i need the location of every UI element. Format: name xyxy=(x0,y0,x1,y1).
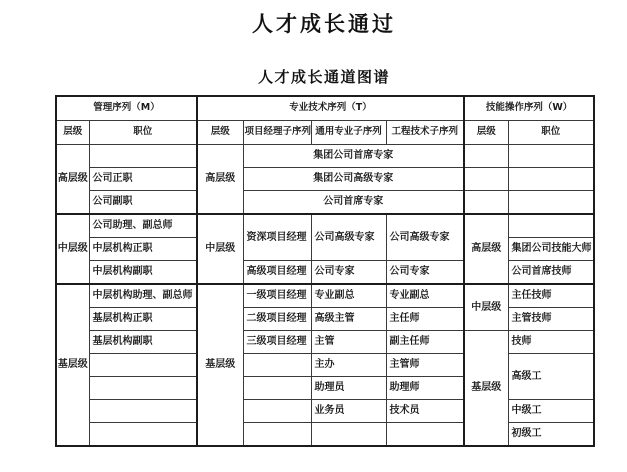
header-group-row: 管理序列（M） 专业技术序列（T） 技能操作序列（W） xyxy=(56,96,594,121)
cell-w-post: 主管技师 xyxy=(508,308,594,331)
cell-t-pm-empty xyxy=(243,377,311,400)
table-row: 中层级 公司助理、副总师 中层级 资深项目经理 公司高级专家 公司高级专家 高层… xyxy=(56,214,594,238)
cell-w-level-high: 高层级 xyxy=(464,214,508,284)
table-row: 基层级 中层机构助理、副总师 基层级 一级项目经理 专业副总 专业副总 中层级 … xyxy=(56,284,594,308)
cell-t-engineering: 主任师 xyxy=(386,308,464,331)
cell-w-post-empty xyxy=(508,191,594,215)
cell-t-general-empty xyxy=(311,423,386,447)
cell-t-engineering: 公司专家 xyxy=(386,261,464,285)
page-title: 人才成长通过 xyxy=(55,8,593,38)
cell-m-post: 中层机构助理、副总师 xyxy=(89,284,197,308)
cell-t-general: 公司高级专家 xyxy=(311,214,386,261)
header-m-level: 层级 xyxy=(56,121,89,145)
cell-t-general: 业务员 xyxy=(311,400,386,423)
cell-t-general: 高级主管 xyxy=(311,308,386,331)
cell-m-post: 基层机构副职 xyxy=(89,331,197,354)
header-w-post: 职位 xyxy=(508,121,594,145)
table-row: 初级工 xyxy=(56,423,594,447)
cell-m-level-middle: 中层级 xyxy=(56,214,89,284)
header-t-general: 通用专业子序列 xyxy=(311,121,386,145)
cell-m-post-empty xyxy=(89,145,197,168)
cell-m-post-empty xyxy=(89,377,197,400)
cell-t-engineering: 技术员 xyxy=(386,400,464,423)
cell-t-general: 助理员 xyxy=(311,377,386,400)
table-row: 中层机构副职 高级项目经理 公司专家 公司专家 公司首席技师 xyxy=(56,261,594,285)
table-row: 基层机构正职 二级项目经理 高级主管 主任师 主管技师 xyxy=(56,308,594,331)
cell-w-post-empty xyxy=(508,145,594,168)
cell-m-post-empty xyxy=(89,423,197,447)
cell-w-post: 集团公司技能大师 xyxy=(508,238,594,261)
cell-m-post: 中层机构正职 xyxy=(89,238,197,261)
document-page: 人才成长通过 人才成长通道图谱 管理序列（M） 专业技术序列（T） 技能操作序列… xyxy=(0,0,627,472)
cell-w-post-empty xyxy=(508,168,594,191)
cell-t-expert: 公司首席专家 xyxy=(243,191,464,215)
header-w-level: 层级 xyxy=(464,121,508,145)
cell-m-level-base: 基层级 xyxy=(56,284,89,446)
header-group-technical: 专业技术序列（T） xyxy=(197,96,464,121)
cell-t-expert: 集团公司高级专家 xyxy=(243,168,464,191)
cell-m-level-high: 高层级 xyxy=(56,145,89,215)
cell-t-general: 专业副总 xyxy=(311,284,386,308)
cell-t-level-middle: 中层级 xyxy=(197,214,243,284)
cell-t-expert: 集团公司首席专家 xyxy=(243,145,464,168)
cell-t-pm: 二级项目经理 xyxy=(243,308,311,331)
header-group-management: 管理序列（M） xyxy=(56,96,197,121)
cell-t-pm: 资深项目经理 xyxy=(243,214,311,261)
header-m-post: 职位 xyxy=(89,121,197,145)
table-row: 基层机构副职 三级项目经理 主管 副主任师 基层级 技师 xyxy=(56,331,594,354)
cell-w-post: 初级工 xyxy=(508,423,594,447)
cell-m-post: 公司助理、副总师 xyxy=(89,214,197,238)
cell-w-post: 中级工 xyxy=(508,400,594,423)
cell-t-engineering: 主管师 xyxy=(386,354,464,377)
cell-t-engineering: 公司高级专家 xyxy=(386,214,464,261)
cell-m-post: 公司正职 xyxy=(89,168,197,191)
header-t-engineering: 工程技术子序列 xyxy=(386,121,464,145)
cell-t-general: 公司专家 xyxy=(311,261,386,285)
cell-m-post-empty xyxy=(89,354,197,377)
cell-w-level-empty xyxy=(464,168,508,191)
cell-t-engineering-empty xyxy=(386,423,464,447)
cell-w-post: 高级工 xyxy=(508,354,594,400)
header-t-level: 层级 xyxy=(197,121,243,145)
table-title: 人才成长通道图谱 xyxy=(55,66,593,87)
cell-w-post: 技师 xyxy=(508,331,594,354)
table-row: 主办 主管师 高级工 xyxy=(56,354,594,377)
cell-w-level-empty xyxy=(464,145,508,168)
cell-t-pm-empty xyxy=(243,423,311,447)
header-group-skill: 技能操作序列（W） xyxy=(464,96,594,121)
cell-t-pm-empty xyxy=(243,354,311,377)
table-row: 业务员 技术员 中级工 xyxy=(56,400,594,423)
talent-channel-table: 管理序列（M） 专业技术序列（T） 技能操作序列（W） 层级 职位 层级 项目经… xyxy=(55,95,595,447)
header-t-pm: 项目经理子序列 xyxy=(243,121,311,145)
cell-w-post-empty xyxy=(508,214,594,238)
cell-m-post: 公司副职 xyxy=(89,191,197,215)
cell-w-post: 公司首席技师 xyxy=(508,261,594,285)
cell-t-general: 主管 xyxy=(311,331,386,354)
cell-t-level-high: 高层级 xyxy=(197,145,243,215)
cell-t-pm: 一级项目经理 xyxy=(243,284,311,308)
cell-t-pm: 高级项目经理 xyxy=(243,261,311,285)
cell-w-level-empty xyxy=(464,191,508,215)
cell-w-post: 主任技师 xyxy=(508,284,594,308)
table-row: 公司正职 集团公司高级专家 xyxy=(56,168,594,191)
cell-m-post: 中层机构副职 xyxy=(89,261,197,285)
table-row: 公司副职 公司首席专家 xyxy=(56,191,594,215)
cell-t-pm: 三级项目经理 xyxy=(243,331,311,354)
cell-t-engineering: 副主任师 xyxy=(386,331,464,354)
cell-t-pm-empty xyxy=(243,400,311,423)
cell-m-post-empty xyxy=(89,400,197,423)
header-column-row: 层级 职位 层级 项目经理子序列 通用专业子序列 工程技术子序列 层级 职位 xyxy=(56,121,594,145)
cell-t-level-base: 基层级 xyxy=(197,284,243,446)
table-row: 高层级 高层级 集团公司首席专家 xyxy=(56,145,594,168)
cell-t-engineering: 专业副总 xyxy=(386,284,464,308)
cell-w-level-base: 基层级 xyxy=(464,331,508,447)
cell-m-post: 基层机构正职 xyxy=(89,308,197,331)
cell-w-level-middle: 中层级 xyxy=(464,284,508,331)
cell-t-engineering: 助理师 xyxy=(386,377,464,400)
cell-t-general: 主办 xyxy=(311,354,386,377)
